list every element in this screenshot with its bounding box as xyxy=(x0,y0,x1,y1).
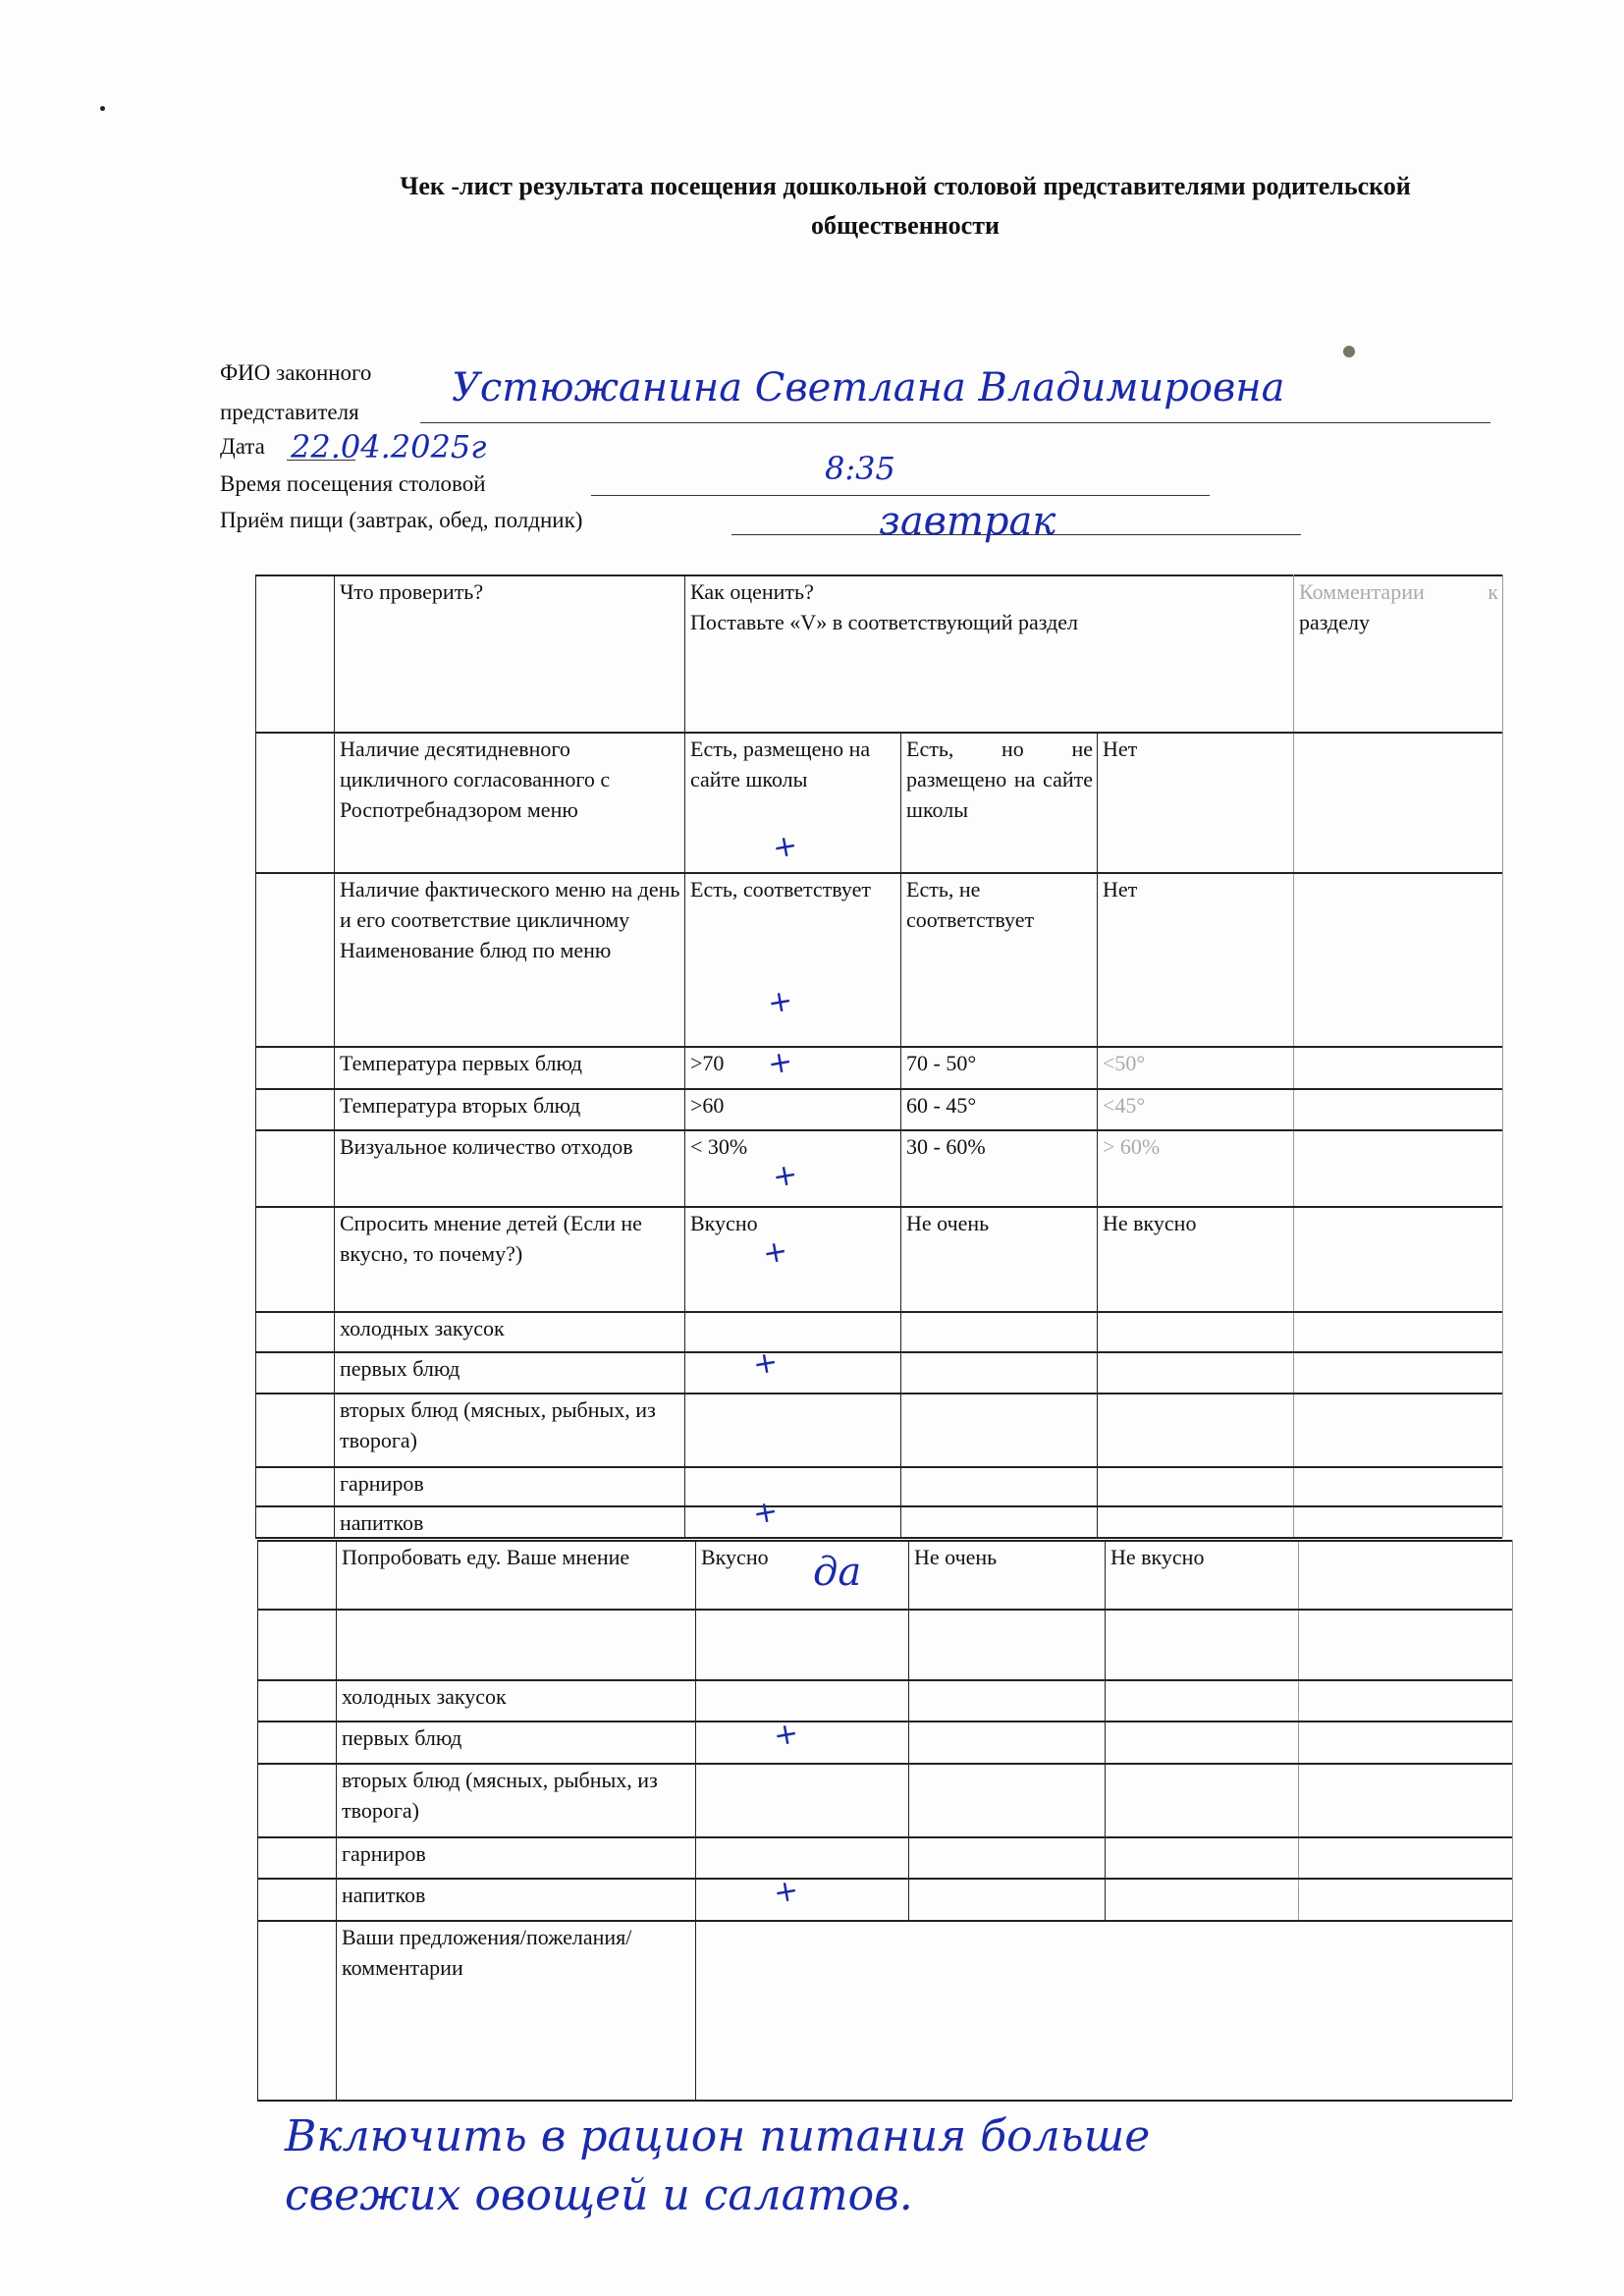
row-item-label: Температура вторых блюд xyxy=(334,1088,684,1129)
row-comment-cell xyxy=(1293,872,1502,1046)
option-3: <45° xyxy=(1097,1088,1293,1129)
option-2: 60 - 45° xyxy=(900,1088,1097,1129)
document-title: Чек -лист результата посещения дошкольно… xyxy=(0,167,1624,246)
option-3 xyxy=(1105,1609,1298,1679)
suggestions-field[interactable] xyxy=(695,1920,1512,2100)
time-underline xyxy=(591,495,1210,496)
handwritten-comment-line-2: свежих овощей и салатов. xyxy=(285,2170,913,2220)
row-comment-cell xyxy=(1293,1393,1502,1466)
option-2 xyxy=(900,1311,1097,1351)
option-1 xyxy=(695,1836,908,1878)
option-3: Не вкусно xyxy=(1105,1540,1298,1609)
option-1 xyxy=(684,1505,900,1537)
option-1 xyxy=(695,1609,908,1679)
row-item-label: Визуальное количество отходов xyxy=(334,1129,684,1206)
header-what-to-check: Что проверить? xyxy=(334,574,684,732)
option-2: Есть, не соответствует xyxy=(900,872,1097,1046)
time-label: Время посещения столовой xyxy=(220,469,486,499)
option-2 xyxy=(900,1505,1097,1537)
option-3 xyxy=(1105,1763,1298,1836)
option-3: Нет xyxy=(1097,732,1293,872)
fio-value[interactable]: Устюжанина Светлана Владимировна xyxy=(452,365,1284,410)
table-rule xyxy=(1512,1540,1513,2100)
meal-value[interactable]: завтрак xyxy=(879,499,1056,544)
row-comment-cell xyxy=(1293,1351,1502,1393)
option-2 xyxy=(908,1679,1105,1721)
row-comment-cell xyxy=(1298,1878,1512,1920)
row-comment-cell xyxy=(1298,1540,1512,1609)
meal-label: Приём пищи (завтрак, обед, полдник) xyxy=(220,506,582,535)
option-3: Не вкусно xyxy=(1097,1206,1293,1311)
option-2: Не очень xyxy=(908,1540,1105,1609)
option-2: Есть, но не размещено на сайте школы xyxy=(900,732,1097,872)
option-2 xyxy=(908,1721,1105,1763)
scan-dot xyxy=(1343,346,1355,357)
option-2 xyxy=(900,1393,1097,1466)
row-item-label: вторых блюд (мясных, рыбных, из творога) xyxy=(336,1763,695,1836)
row-comment-cell xyxy=(1293,1311,1502,1351)
header-comments-line-1: Комментарии к xyxy=(1299,576,1498,607)
row-comment-cell xyxy=(1293,732,1502,872)
option-2 xyxy=(900,1466,1097,1505)
fio-underline xyxy=(420,422,1490,423)
option-1 xyxy=(695,1878,908,1920)
option-3: <50° xyxy=(1097,1046,1293,1088)
row-item-label: Наличие фактического меню на день и его … xyxy=(334,872,684,1046)
option-3 xyxy=(1097,1311,1293,1351)
row-comment-cell xyxy=(1293,1466,1502,1505)
option-3 xyxy=(1097,1351,1293,1393)
date-value[interactable]: 22.04.2025г xyxy=(291,428,486,465)
table-rule xyxy=(257,2100,1512,2102)
row-comment-cell xyxy=(1298,1721,1512,1763)
option-1 xyxy=(695,1763,908,1836)
scan-dot xyxy=(100,106,105,111)
option-2 xyxy=(900,1351,1097,1393)
header-how-to-evaluate: Как оценить?Поставьте «V» в соответствую… xyxy=(684,574,1293,732)
row-item-label: холодных закусок xyxy=(336,1679,695,1721)
option-1: >60 xyxy=(684,1088,900,1129)
option-3: > 60% xyxy=(1097,1129,1293,1206)
row-item-label: холодных закусок xyxy=(334,1311,684,1351)
row-comment-cell xyxy=(1293,1129,1502,1206)
row-comment-cell xyxy=(1298,1679,1512,1721)
option-3 xyxy=(1097,1505,1293,1537)
row-comment-cell xyxy=(1298,1763,1512,1836)
option-3: Нет xyxy=(1097,872,1293,1046)
option-2 xyxy=(908,1609,1105,1679)
option-2 xyxy=(908,1763,1105,1836)
table-rule xyxy=(257,1540,258,2100)
option-1: Есть, соответствует xyxy=(684,872,900,1046)
option-2: 30 - 60% xyxy=(900,1129,1097,1206)
table-rule xyxy=(255,1537,1502,1539)
fio-label-2: представителя xyxy=(220,398,359,427)
option-1 xyxy=(684,1393,900,1466)
fio-label-1: ФИО законного xyxy=(220,358,371,388)
option-1: Вкусно xyxy=(684,1206,900,1311)
row-item-label: гарниров xyxy=(334,1466,684,1505)
row-comment-cell xyxy=(1293,1505,1502,1537)
row-item-label xyxy=(336,1609,695,1679)
header-how-line-2: Поставьте «V» в соответствующий раздел xyxy=(690,607,1289,637)
row-comment-cell xyxy=(1293,1088,1502,1129)
option-3 xyxy=(1105,1836,1298,1878)
header-comments-line-2: разделу xyxy=(1299,607,1498,637)
header-comments: Комментарии кразделу xyxy=(1293,574,1502,732)
option-3 xyxy=(1097,1393,1293,1466)
row-item-label: вторых блюд (мясных, рыбных, из творога) xyxy=(334,1393,684,1466)
option-2 xyxy=(908,1878,1105,1920)
option-1 xyxy=(684,1311,900,1351)
row-comment-cell xyxy=(1293,1206,1502,1311)
header-how-line-1: Как оценить? xyxy=(690,576,1289,607)
row-item-label: Попробовать еду. Ваше мнение xyxy=(336,1540,695,1609)
row-comment-cell xyxy=(1293,1046,1502,1088)
option-3 xyxy=(1097,1466,1293,1505)
row-item-label: Спросить мнение детей (Если не вкусно, т… xyxy=(334,1206,684,1311)
option-3 xyxy=(1105,1878,1298,1920)
date-label: Дата xyxy=(220,432,265,462)
option-1 xyxy=(695,1721,908,1763)
option-1 xyxy=(684,1351,900,1393)
row-item-label: Температура первых блюд xyxy=(334,1046,684,1088)
row-item-label: первых блюд xyxy=(334,1351,684,1393)
tasting-answer[interactable]: да xyxy=(813,1550,861,1595)
handwritten-comment-line-1: Включить в рацион питания больше xyxy=(285,2111,1150,2161)
row-item-label: первых блюд xyxy=(336,1721,695,1763)
option-2 xyxy=(908,1836,1105,1878)
row-comment-cell xyxy=(1298,1609,1512,1679)
row-item-label: гарниров xyxy=(336,1836,695,1878)
table-rule xyxy=(1502,574,1503,1537)
title-line-1: Чек -лист результата посещения дошкольно… xyxy=(187,167,1624,206)
option-2: 70 - 50° xyxy=(900,1046,1097,1088)
option-3 xyxy=(1105,1679,1298,1721)
option-1 xyxy=(684,1466,900,1505)
option-1 xyxy=(695,1679,908,1721)
title-line-2: общественности xyxy=(187,206,1624,246)
row-comment-cell xyxy=(1298,1836,1512,1878)
time-value[interactable]: 8:35 xyxy=(825,450,895,487)
row-item-label: Наличие десятидневного цикличного соглас… xyxy=(334,732,684,872)
option-1: Вкусно xyxy=(695,1540,908,1609)
suggestions-label: Ваши предложения/пожелания/ комментарии xyxy=(336,1920,695,2100)
option-2: Не очень xyxy=(900,1206,1097,1311)
option-3 xyxy=(1105,1721,1298,1763)
row-item-label: напитков xyxy=(336,1878,695,1920)
row-item-label: напитков xyxy=(334,1505,684,1537)
